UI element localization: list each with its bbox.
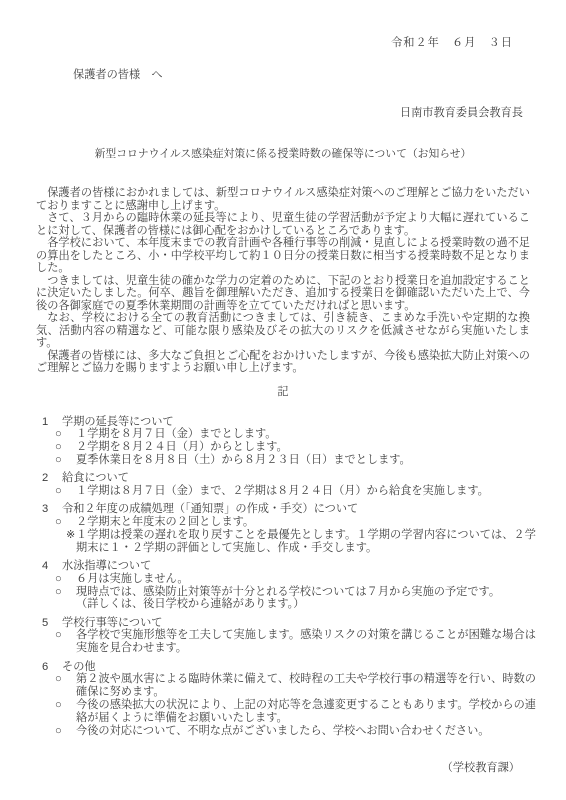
body-paragraph: 保護者の皆様におかれましては、新型コロナウイルス感染症対策へのご理解とご協力をい… <box>36 187 530 212</box>
sender: 日南市教育委員会教育長 <box>0 107 566 120</box>
item-text: 夏季休業日を８月８日（土）から８月２３日（日）までとします。 <box>76 454 411 466</box>
circle-bullet-icon: ○ <box>55 485 62 498</box>
section-number: 4 <box>42 560 62 573</box>
section-title: その他 <box>62 661 96 673</box>
section-title: 令和２年度の成績処理（「通知票」の作成・手交）について <box>62 503 358 515</box>
list-item-note: ※１学期は授業の遅れを取り戻すことを最優先とします。１学期の学習内容については、… <box>42 529 536 555</box>
section-heading: 4水泳指導について <box>42 560 536 573</box>
section-grading: 3令和２年度の成績処理（「通知票」の作成・手交）について ○２学期末と年度末の２… <box>42 503 536 554</box>
footer-department: （学校教育課） <box>0 762 566 775</box>
list-item: ○１学期は８月７日（金）まで、２学期は８月２４日（月）から給食を実施します。 <box>42 485 536 498</box>
list-item: ○夏季休業日を８月８日（土）から８月２３日（日）までとします。 <box>42 454 536 467</box>
section-number: 1 <box>42 416 62 429</box>
list-item: ○現時点では、感染防止対策等が十分とれる学校については７月から実施の予定です。 <box>42 586 536 599</box>
item-text: １学期は８月７日（金）まで、２学期は８月２４日（月）から給食を実施します。 <box>76 485 489 497</box>
reference-mark-icon: ※ <box>66 529 75 542</box>
section-heading: 5学校行事等について <box>42 617 536 630</box>
section-school-events: 5学校行事等について ○各学校で実施形態等を工夫して実施します。感染リスクの対策… <box>42 617 536 655</box>
section-title: 水泳指導について <box>62 560 151 572</box>
item-text: 今後の感染拡大の状況により、上記の対応等を急遽変更することもあります。学校からの… <box>76 699 536 724</box>
item-text: １学期は授業の遅れを取り戻すことを最優先とします。１学期の学習内容については、２… <box>76 529 536 554</box>
record-heading: 記 <box>0 386 566 399</box>
section-heading: 3令和２年度の成績処理（「通知票」の作成・手交）について <box>42 503 536 516</box>
document-date: 令和２年 ６月 ３日 <box>0 0 566 50</box>
circle-bullet-icon: ○ <box>55 629 62 642</box>
item-text: ２学期を８月２４日（月）からとします。 <box>76 441 288 453</box>
list-item-parenthetical: （詳しくは、後日学校から連絡があります。） <box>42 598 536 611</box>
item-text: 第２波や風水害による臨時休業に備えて、校時程の工夫や学校行事の精選等を行い、時数… <box>76 673 536 698</box>
body-paragraph: つきましては、児童生徒の確かな学力の定着のために、下記のとおり授業日を追加設定す… <box>36 275 530 313</box>
circle-bullet-icon: ○ <box>55 573 62 586</box>
body-text: 保護者の皆様におかれましては、新型コロナウイルス感染症対策へのご理解とご協力をい… <box>36 187 530 375</box>
section-title: 学校行事等について <box>62 617 162 629</box>
circle-bullet-icon: ○ <box>55 516 62 529</box>
circle-bullet-icon: ○ <box>55 699 62 712</box>
item-text: １学期を８月７日（金）までとします。 <box>76 428 276 440</box>
list-item: ○第２波や風水害による臨時休業に備えて、校時程の工夫や学校行事の精選等を行い、時… <box>42 673 536 699</box>
item-text: （詳しくは、後日学校から連絡があります。） <box>76 598 304 610</box>
item-text: ２学期末と年度末の２回とします。 <box>76 516 254 528</box>
circle-bullet-icon: ○ <box>55 586 62 599</box>
body-paragraph: なお、学校における全ての教育活動につきましては、引き続き、こまめな手洗いや定期的… <box>36 312 530 350</box>
list-item: ○１学期を８月７日（金）までとします。 <box>42 428 536 441</box>
list-item: ○２学期末と年度末の２回とします。 <box>42 516 536 529</box>
circle-bullet-icon: ○ <box>55 673 62 686</box>
section-number: 2 <box>42 472 62 485</box>
list-item: ○各学校で実施形態等を工夫して実施します。感染リスクの対策を講じることが困難な場… <box>42 629 536 655</box>
section-swimming: 4水泳指導について ○６月は実施しません。 ○現時点では、感染防止対策等が十分と… <box>42 560 536 611</box>
item-text: ６月は実施しません。 <box>76 573 189 585</box>
section-title: 給食について <box>62 472 129 484</box>
item-text: 現時点では、感染防止対策等が十分とれる学校については７月から実施の予定です。 <box>76 586 500 598</box>
item-text: 今後の対応について、不明な点がございましたら、学校へお問い合わせください。 <box>76 725 490 737</box>
circle-bullet-icon: ○ <box>55 725 62 738</box>
list-item: ○今後の感染拡大の状況により、上記の対応等を急遽変更することもあります。学校から… <box>42 699 536 725</box>
section-number: 6 <box>42 661 62 674</box>
body-paragraph: さて、３月からの臨時休業の延長等により、児童生徒の学習活動が予定より大幅に遅れて… <box>36 212 530 237</box>
list-item: ○２学期を８月２４日（月）からとします。 <box>42 441 536 454</box>
circle-bullet-icon: ○ <box>55 454 62 467</box>
circle-bullet-icon: ○ <box>55 428 62 441</box>
notice-item-list: 1学期の延長等について ○１学期を８月７日（金）までとします。 ○２学期を８月２… <box>42 416 536 738</box>
section-number: 3 <box>42 503 62 516</box>
section-heading: 2給食について <box>42 472 536 485</box>
circle-bullet-icon: ○ <box>55 441 62 454</box>
scanned-notice-page: 令和２年 ６月 ３日 保護者の皆様 へ 日南市教育委員会教育長 新型コロナウイル… <box>0 0 566 800</box>
body-paragraph: 保護者の皆様には、多大なご負担とご心配をおかけいたしますが、今後も感染拡大防止対… <box>36 350 530 375</box>
section-heading: 6その他 <box>42 661 536 674</box>
addressee: 保護者の皆様 へ <box>73 69 566 82</box>
item-text: 各学校で実施形態等を工夫して実施します。感染リスクの対策を講じることが困難な場合… <box>76 629 536 654</box>
section-school-lunch: 2給食について ○１学期は８月７日（金）まで、２学期は８月２４日（月）から給食を… <box>42 472 536 498</box>
document-title: 新型コロナウイルス感染症対策に係る授業時数の確保等について（お知らせ） <box>0 148 566 161</box>
body-paragraph: 各学校において、本年度末までの教育計画や各種行事等の削減・見直しによる授業時数の… <box>36 237 530 275</box>
section-number: 5 <box>42 617 62 630</box>
list-item: ○６月は実施しません。 <box>42 573 536 586</box>
list-item: ○今後の対応について、不明な点がございましたら、学校へお問い合わせください。 <box>42 725 536 738</box>
section-heading: 1学期の延長等について <box>42 416 536 429</box>
section-title: 学期の延長等について <box>62 416 174 428</box>
section-other: 6その他 ○第２波や風水害による臨時休業に備えて、校時程の工夫や学校行事の精選等… <box>42 661 536 738</box>
section-term-extension: 1学期の延長等について ○１学期を８月７日（金）までとします。 ○２学期を８月２… <box>42 416 536 467</box>
